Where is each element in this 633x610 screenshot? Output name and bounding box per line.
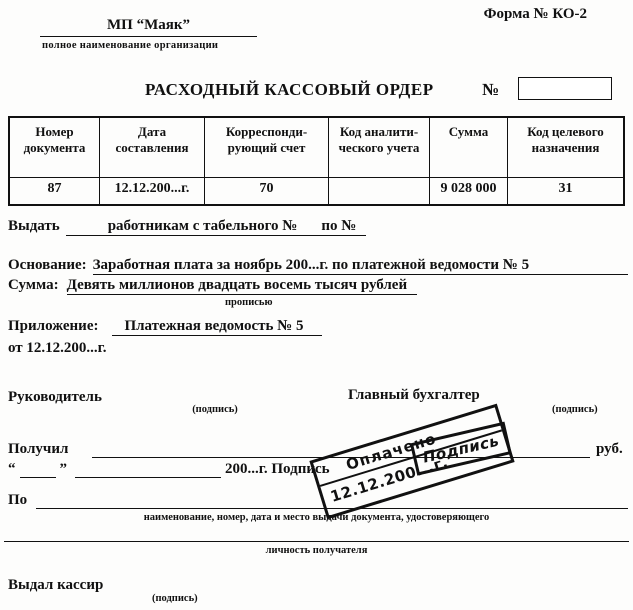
cell-analytic-code bbox=[329, 178, 430, 204]
fill-gap bbox=[66, 218, 108, 235]
amount-words-value: Девять миллионов двадцать восемь тысяч р… bbox=[67, 277, 418, 295]
cell-amount: 9 028 000 bbox=[430, 178, 508, 204]
organization-caption: полное наименование организации bbox=[42, 40, 218, 51]
manager-label: Руководитель bbox=[8, 389, 102, 406]
col-header-amount: Сумма bbox=[430, 118, 508, 178]
col-header-doc-number: Номер документа bbox=[10, 118, 100, 178]
day-fill-line bbox=[20, 477, 56, 478]
quote-close: ” bbox=[60, 461, 68, 478]
currency-label: руб. bbox=[596, 441, 623, 458]
order-table: Номер документа Дата составления Корресп… bbox=[8, 116, 625, 206]
organization-name: МП “Маяк” bbox=[40, 17, 257, 37]
col-header-purpose-code: Код целевого назначения bbox=[508, 118, 623, 178]
col-header-corr-account: Корреспонди-рующий счет bbox=[205, 118, 329, 178]
cell-corr-account: 70 bbox=[205, 178, 329, 204]
attachment-label: Приложение: bbox=[8, 318, 98, 336]
basis-line: Основание: Заработная плата за ноябрь 20… bbox=[8, 257, 628, 275]
received-date-line: “ ” 200...г. Подпись bbox=[8, 461, 330, 478]
cell-doc-number: 87 bbox=[10, 178, 100, 204]
received-label: Получил bbox=[8, 441, 68, 458]
fill-gap bbox=[356, 218, 366, 235]
issue-value2: по № bbox=[321, 218, 356, 235]
document-number-sign: № bbox=[482, 80, 499, 100]
manager-signature-caption: (подпись) bbox=[180, 404, 250, 415]
document-by-caption: наименование, номер, дата и место выдачи… bbox=[0, 512, 633, 523]
document-by-fill-line bbox=[36, 508, 628, 509]
cashier-signature-caption: (подпись) bbox=[152, 593, 198, 604]
form-code: Форма № КО-2 bbox=[484, 6, 587, 23]
chief-accountant-signature-caption: (подпись) bbox=[552, 404, 598, 415]
issue-value: работникам с табельного № bbox=[108, 218, 298, 235]
issue-label: Выдать bbox=[8, 218, 60, 236]
attachment-date: от 12.12.200...г. bbox=[8, 340, 107, 357]
chief-accountant-label: Главный бухгалтер bbox=[348, 387, 480, 404]
amount-words-label: Сумма: bbox=[8, 277, 59, 295]
attachment-value: Платежная ведомость № 5 bbox=[112, 318, 321, 336]
cash-order-form: Форма № КО-2 МП “Маяк” полное наименован… bbox=[0, 0, 633, 610]
basis-value: Заработная плата за ноябрь 200...г. по п… bbox=[93, 257, 628, 275]
cell-date: 12.12.200...г. bbox=[100, 178, 205, 204]
paid-stamp: Оплачено 12.12.200...г. Подпись bbox=[309, 404, 514, 520]
cell-purpose-code: 31 bbox=[508, 178, 623, 204]
amount-words-caption: прописью bbox=[225, 297, 272, 308]
basis-label: Основание: bbox=[8, 257, 87, 275]
col-header-date: Дата составления bbox=[100, 118, 205, 178]
quote-open: “ bbox=[8, 461, 16, 478]
issue-fill-line: работникам с табельного № по № bbox=[66, 218, 367, 236]
identity-caption: личность получателя bbox=[0, 545, 633, 556]
fill-gap bbox=[297, 218, 321, 235]
document-title: РАСХОДНЫЙ КАССОВЫЙ ОРДЕР bbox=[145, 80, 434, 100]
identity-fill-line bbox=[4, 541, 629, 542]
organization-block: МП “Маяк” bbox=[40, 16, 257, 37]
document-by-label: По bbox=[8, 492, 27, 509]
attachment-line: Приложение: Платежная ведомость № 5 bbox=[8, 318, 322, 336]
amount-words-line: Сумма: Девять миллионов двадцать восемь … bbox=[8, 277, 417, 295]
col-header-analytic-code: Код аналити-ческого учета bbox=[329, 118, 430, 178]
month-fill-line bbox=[75, 477, 221, 478]
cashier-label: Выдал кассир bbox=[8, 577, 103, 594]
document-number-box bbox=[518, 77, 612, 100]
issue-line: Выдать работникам с табельного № по № bbox=[8, 218, 628, 236]
